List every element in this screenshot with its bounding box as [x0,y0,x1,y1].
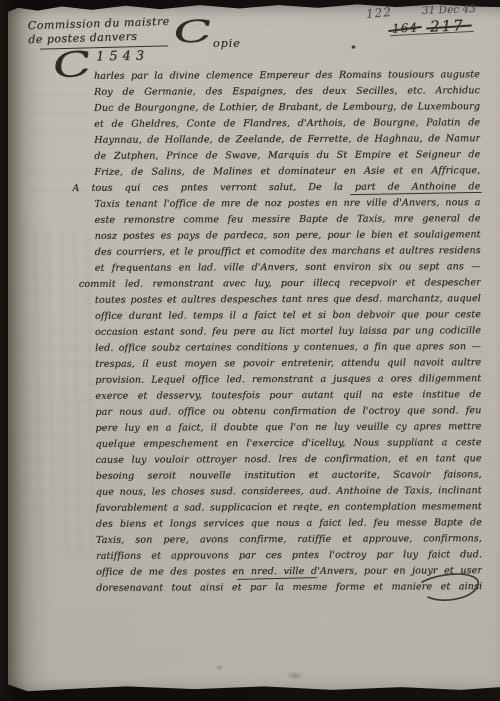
manuscript-text-block: harles par la divine clemence Empereur d… [94,67,482,597]
ink-blot [351,45,356,49]
body-initial-letter: C [50,49,95,82]
manuscript-line: et frequentans en lad. ville d'Anvers, s… [95,259,481,277]
manuscript-line: Taxis tenant l'office de mre de noz post… [94,195,480,213]
manuscript-line: Haynnau, de Hollande, de Zeelande, de Fe… [94,131,480,149]
manuscript-line: Frize, de Salins, de Malines et dominate… [94,163,480,181]
manuscript-line: et de Gheldres, Conte de Flandres, d'Art… [94,115,480,133]
manuscript-line: ratiffions et approuvons par ces pntes l… [96,547,482,565]
manuscript-line: provision. Lequel office led. remonstran… [95,371,481,389]
manuscript-line: quelque empeschement en l'exercice d'ice… [95,435,481,453]
copy-heading-rest: opie [213,37,241,50]
manuscript-line: des courriers, et le prouffict et comodi… [95,243,481,261]
manuscript-line: Roy de Germanie, des Espaignes, des deux… [94,83,480,101]
manuscript-line: pere luy en a faict, il doubte que l'on … [95,419,481,437]
manuscript-line: trespas, il eust moyen se povoir entrete… [95,355,481,373]
manuscript-line: commit led. remonstrant avec luy, pour i… [79,275,481,293]
copy-heading-initial: C [171,18,215,48]
manuscript-line: par nous aud. office ou obtenu confirmat… [95,403,481,421]
margin-note: Commission du maistre de postes danvers [28,15,171,47]
manuscript-line: Duc de Bourgongne, de Lothier, de Braban… [94,99,480,117]
margin-note-year: 1543 [96,49,149,65]
manuscript-line: led. office soubz certaines conditions y… [95,339,481,357]
manuscript-line: cause luy vouloir ottroyer nosd. lres de… [96,451,482,469]
manuscript-line: nosz postes es pays de pardeca, son pere… [95,227,481,245]
manuscript-line: besoing seroit nouvelle institution et a… [96,467,482,485]
paper-smudge [286,672,304,679]
manuscript-line: exerce et desservy, toutesfois pour auta… [95,387,481,405]
manuscript-line: este remonstre comme feu messire Bapte d… [94,211,480,229]
manuscript-line: de Zutphen, Prince de Swave, Marquis du … [94,147,480,165]
manuscript-line: que nous, les choses susd. considerees, … [96,483,482,501]
manuscript-line: occasion estant sond. feu pere au lict m… [95,323,481,341]
manuscript-line: des biens et longs services que nous a f… [96,515,482,533]
manuscript-line: harles par la divine clemence Empereur d… [94,67,480,85]
folio-number: 122 [365,5,392,21]
manuscript-line: Taxis, son pere, avons confirme, ratiffi… [96,531,482,549]
manuscript-line: toutes postes et aultres despesches tant… [95,291,481,309]
manuscript-photo: Commission du maistre de postes danvers … [0,0,500,701]
manuscript-line: A tous qui ces pntes verront salut, De l… [72,179,480,197]
manuscript-line: office durant led. temps il a faict tel … [95,307,481,325]
manuscript-line: favorablement a sad. supplicacion et req… [96,499,482,517]
copy-heading: Copie [176,20,241,50]
date-annotation: 31 Dec 43 [422,3,476,17]
paraph-flourish [420,572,492,608]
paper-smudge [216,665,223,670]
